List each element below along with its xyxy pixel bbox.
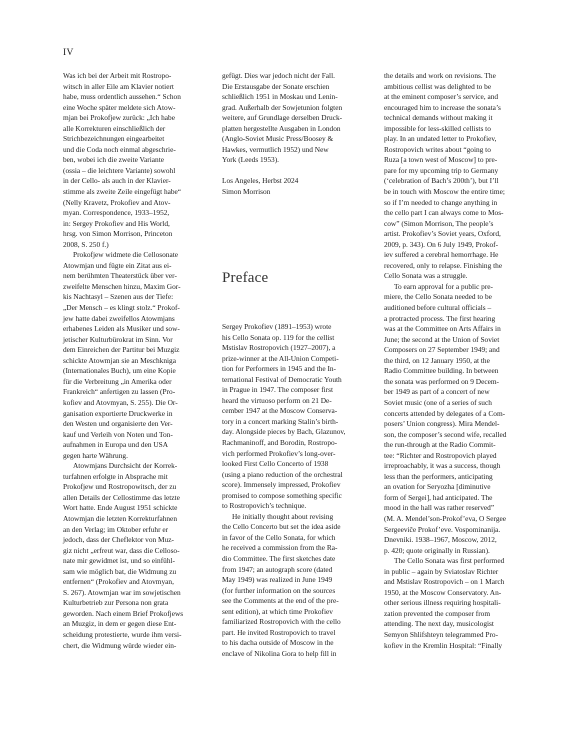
text-line: miere, the Cello Sonata needed to be bbox=[384, 292, 544, 303]
text-line: gegen harte Währung. bbox=[63, 451, 219, 462]
text-line: p. 420; quote originally in Russian). bbox=[384, 546, 544, 557]
text-line: and Mstislav Rostropovich – on 1 March bbox=[384, 577, 544, 588]
text-line: The Cello Sonata was first performed bbox=[384, 556, 544, 567]
text-line: zation prevented the composer from bbox=[384, 609, 544, 620]
text-line: iev suffered a cerebral hemorrhage. He bbox=[384, 250, 544, 261]
preface-heading: Preface bbox=[222, 270, 268, 287]
text-line: kis Nachtasyl – Szenen aus der Tiefe: bbox=[63, 292, 219, 303]
text-line: hrsg. von Simon Morrison, Princeton bbox=[63, 229, 219, 240]
text-line: Cello Sonata was a struggle. bbox=[384, 271, 544, 282]
text-line: jedoch, dass der Cheflektor von Muz- bbox=[63, 535, 219, 546]
text-line: stimme als zweite Zeile eingefügt habe“ bbox=[63, 187, 219, 198]
text-line: eine Woche später meldete sich Atow- bbox=[63, 103, 219, 114]
text-line: cow” (Simon Morrison, The people’s bbox=[384, 219, 544, 230]
text-line: the details and work on revisions. The bbox=[384, 71, 544, 82]
text-line: ganisation exportierte Druckwerke in bbox=[63, 409, 219, 420]
text-line: be in touch with Moscow the entire time; bbox=[384, 187, 544, 198]
text-line: kauf und Verleih von Noten und Ton- bbox=[63, 430, 219, 441]
text-line: posers’ Union congress). Mira Mendel- bbox=[384, 419, 544, 430]
text-line: the run-through at the Radio Commit- bbox=[384, 440, 544, 451]
text-line: heard the virtuoso perform on 21 De- bbox=[222, 396, 382, 407]
text-line: (Internationales Buch), um eine Kopie bbox=[63, 366, 219, 377]
text-line: kofiev in the Kremlin Hospital: “Finally bbox=[384, 641, 544, 652]
text-line: (for further information on the sources bbox=[222, 586, 382, 597]
text-line: turfahnen erfolgte in Absprache mit bbox=[63, 472, 219, 483]
text-line: looked First Cello Concerto of 1938 bbox=[222, 459, 382, 470]
text-line: to Rostropovich’s technique. bbox=[222, 501, 382, 512]
text-line: encouraged him to increase the sonata’s bbox=[384, 103, 544, 114]
text-line: To earn approval for a public pre- bbox=[384, 282, 544, 293]
text-line: dio Committee. The first sketches date bbox=[222, 554, 382, 565]
text-line: form of Sergei], had anticipated. The bbox=[384, 493, 544, 504]
text-line: in der Cello- als auch in der Klavier- bbox=[63, 176, 219, 187]
text-line: und die Coda noch einmal abgeschrie- bbox=[63, 145, 219, 156]
text-line: Sergeeviče Prokof’eve. Vospominanija. bbox=[384, 525, 544, 536]
text-line: Kulturbetrieb zur Persona non grata bbox=[63, 598, 219, 609]
text-line: less than the performers, anticipating bbox=[384, 472, 544, 483]
text-line: habe, muss ordentlich aussehen.“ Schon bbox=[63, 92, 219, 103]
text-line: the Cello Concerto but set the idea asid… bbox=[222, 522, 382, 533]
text-line: mood in the hall was rather reserved” bbox=[384, 503, 544, 514]
text-line: an Muzgiz, in dem er gegen diese Ent- bbox=[63, 619, 219, 630]
text-line: the sonata was performed on 9 Decem- bbox=[384, 377, 544, 388]
text-line: sam wie möglich bat, die Widmung zu bbox=[63, 567, 219, 578]
text-line: recovered, only to relapse. Finishing th… bbox=[384, 261, 544, 272]
text-line: jew hatte dabei zweifellos Atowmjans bbox=[63, 314, 219, 325]
text-line: He initially thought about revising bbox=[222, 512, 382, 523]
text-line: vich performed Prokofiev’s long-over- bbox=[222, 449, 382, 460]
text-line: play. In an undated letter to Prokofiev, bbox=[384, 134, 544, 145]
text-line: Wort hatte. Ende August 1951 schickte bbox=[63, 503, 219, 514]
text-line: York (Leeds 1953). bbox=[222, 155, 382, 166]
text-line: June; the second at the Union of Soviet bbox=[384, 335, 544, 346]
text-line: other serious illness requiring hospital… bbox=[384, 598, 544, 609]
text-line: score). Immensely impressed, Prokofiev bbox=[222, 480, 382, 491]
text-line: Frankreich“ anfertigen zu lassen (Pro- bbox=[63, 387, 219, 398]
text-line: Die Erstausgabe der Sonate erschien bbox=[222, 82, 382, 93]
text-line: nem berühmten Theaterstück über ver- bbox=[63, 271, 219, 282]
text-line: Ruza [a town west of Moscow] to pre- bbox=[384, 155, 544, 166]
text-line: mjan bei Prokofjew zurück: „Ich habe bbox=[63, 113, 219, 124]
text-line: an den Verlag; im Oktober erfuhr er bbox=[63, 525, 219, 536]
text-line: prize-winner at the All-Union Competi- bbox=[222, 354, 382, 365]
text-line: was at the Committee on Arts Affairs in bbox=[384, 324, 544, 335]
text-line: part. He invited Rostropovich to travel bbox=[222, 628, 382, 639]
text-line: tee: “Richter and Rostropovich played bbox=[384, 451, 544, 462]
text-line: in favor of the Cello Sonata, for which bbox=[222, 533, 382, 544]
text-line: schließlich 1951 in Moskau und Lenin- bbox=[222, 92, 382, 103]
text-line: ternational Festival of Democratic Youth bbox=[222, 375, 382, 386]
text-line: (Nelly Kravetz, Prokofiev and Atov- bbox=[63, 198, 219, 209]
german-text-continuation: gefügt. Dies war jedoch nicht der Fall.D… bbox=[222, 71, 382, 198]
text-line: myan. Correspondence, 1933–1952, bbox=[63, 208, 219, 219]
text-line: promised to compose something specific bbox=[222, 491, 382, 502]
text-line: ben, wobei ich die zweite Variante bbox=[63, 155, 219, 166]
text-line: impossible for less-skilled cellists to bbox=[384, 124, 544, 135]
text-line: giz nicht „erfreut war, dass die Celloso… bbox=[63, 546, 219, 557]
text-line: jetischer Kulturbürokrat im Sinn. Vor bbox=[63, 335, 219, 346]
signature-author: Simon Morrison bbox=[222, 187, 382, 198]
text-line: alle Korrekturen einschließlich der bbox=[63, 124, 219, 135]
text-line: tory in a concert marking Stalin’s birth… bbox=[222, 417, 382, 428]
text-line: aufnahmen in Europa und den USA bbox=[63, 440, 219, 451]
text-line: Prokofjew widmete die Cellosonate bbox=[63, 250, 219, 261]
text-line: Mstislav Rostropovich (1927–2007), a bbox=[222, 343, 382, 354]
text-line: 2008, S. 250 f.) bbox=[63, 240, 219, 251]
text-line: ambitious cellist was delighted to be bbox=[384, 82, 544, 93]
text-line: ber 1949 as part of a concert of new bbox=[384, 387, 544, 398]
text-line: (Anglo-Soviet Music Press/Boosey & bbox=[222, 134, 382, 145]
text-line: son, the composer’s second wife, recalle… bbox=[384, 430, 544, 441]
text-line: attending. The next day, musicologist bbox=[384, 619, 544, 630]
text-line: Rachmaninoff, and Borodin, Rostropo- bbox=[222, 438, 382, 449]
text-line: artist. Prokofiev’s Soviet years, Oxford… bbox=[384, 229, 544, 240]
text-line: tion for Performers in 1945 and the In- bbox=[222, 364, 382, 375]
english-preface-column-1: Sergey Prokofiev (1891–1953) wrotehis Ce… bbox=[222, 322, 382, 660]
text-line: Rostropovich writes about “going to bbox=[384, 145, 544, 156]
text-line: Atowmjans Durchsicht der Korrek- bbox=[63, 461, 219, 472]
text-line: 1950, at the Moscow Conservatory. An- bbox=[384, 588, 544, 599]
text-line: Prokofjew und Rostropowitsch, der zu bbox=[63, 482, 219, 493]
text-line: a protracted process. The first hearing bbox=[384, 314, 544, 325]
text-line: he received a commission from the Ra- bbox=[222, 543, 382, 554]
text-line: irreproachably, it was a success, though bbox=[384, 461, 544, 472]
text-line: cember 1947 at the Moscow Conserva- bbox=[222, 406, 382, 417]
text-line: May 1949) was realized in June 1949 bbox=[222, 575, 382, 586]
text-line: day. Alongside pieces by Bach, Glazunov, bbox=[222, 427, 382, 438]
text-line: concerts attended by delegates of a Com- bbox=[384, 409, 544, 420]
text-line: the cello part I can always come to Mos- bbox=[384, 208, 544, 219]
text-line: (using a piano reduction of the orchestr… bbox=[222, 470, 382, 481]
text-line: Dnevniki. 1938–1967, Moscow, 2012, bbox=[384, 535, 544, 546]
text-line: in Prague in 1947. The composer first bbox=[222, 385, 382, 396]
text-line: technical demands without making it bbox=[384, 113, 544, 124]
text-line: Composers on 27 September 1949; and bbox=[384, 345, 544, 356]
text-line: für die Verbreitung „in Amerika oder bbox=[63, 377, 219, 388]
text-line: erhabenes Leiden als Musiker und sow- bbox=[63, 324, 219, 335]
german-text-column: Was ich bei der Arbeit mit Rostropo-wits… bbox=[63, 71, 219, 651]
text-line: Strichbezeichnungen eingearbeitet bbox=[63, 134, 219, 145]
text-line: entfernen“ (Prokofiev and Atovmyan, bbox=[63, 577, 219, 588]
text-line: pare for my upcoming trip to Germany bbox=[384, 166, 544, 177]
text-line: kofiev and Atovmyan, S. 255). Die Or- bbox=[63, 398, 219, 409]
text-line: enclave of Nikolina Gora to help fill in bbox=[222, 649, 382, 660]
text-line: (M. A. Mendel’son-Prokof’eva, O Sergee bbox=[384, 514, 544, 525]
text-line: auditioned before cultural officials – bbox=[384, 303, 544, 314]
text-line: S. 267). Atowmjan war im sowjetischen bbox=[63, 588, 219, 599]
text-line: platten hergestellte Ausgaben in London bbox=[222, 124, 382, 135]
text-line: (ossia – die leichtere Variante) sowohl bbox=[63, 166, 219, 177]
text-line: den Westen und organisierte den Ver- bbox=[63, 419, 219, 430]
text-line: Soviet music (one of a series of such bbox=[384, 398, 544, 409]
text-line: to his dacha outside of Moscow in the bbox=[222, 638, 382, 649]
text-line: geworden. Nach einem Brief Prokofjews bbox=[63, 609, 219, 620]
text-line: his Cello Sonata op. 119 for the cellist bbox=[222, 333, 382, 344]
text-line: 2009, p. 343). On 6 July 1949, Prokof- bbox=[384, 240, 544, 251]
text-line: allen Details der Cellostimme das letzte bbox=[63, 493, 219, 504]
text-line: chert, die Widmung würde wieder ein- bbox=[63, 641, 219, 652]
text-line: Atowmjan und fügte ein Zitat aus ei- bbox=[63, 261, 219, 272]
text-line: witsch in aller Eile am Klavier notiert bbox=[63, 82, 219, 93]
text-line: familiarized Rostropovich with the cello bbox=[222, 617, 382, 628]
text-line: grad. Außerhalb der Sowjetunion folgten bbox=[222, 103, 382, 114]
text-line: dem Einreichen der Partitur bei Muzgiz bbox=[63, 345, 219, 356]
text-line: an ovation for Seryozha [diminutive bbox=[384, 482, 544, 493]
text-line: Hawkes, vermutlich 1952) und New bbox=[222, 145, 382, 156]
text-line: Sergey Prokofiev (1891–1953) wrote bbox=[222, 322, 382, 333]
text-line: at the eminent composer’s service, and bbox=[384, 92, 544, 103]
text-line: (‘celebration of Bach’s 200th’), but I’l… bbox=[384, 176, 544, 187]
text-line: the third, on 12 January 1950, at the bbox=[384, 356, 544, 367]
english-preface-column-2: the details and work on revisions. Theam… bbox=[384, 71, 544, 651]
text-line: from 1947; an autograph score (dated bbox=[222, 565, 382, 576]
text-line: Radio Committee building. In between bbox=[384, 366, 544, 377]
text-line: Semyon Shlifshteyn telegrammed Pro- bbox=[384, 630, 544, 641]
text-line: „Der Mensch – es klingt stolz.“ Prokof- bbox=[63, 303, 219, 314]
text-line: Was ich bei der Arbeit mit Rostropo- bbox=[63, 71, 219, 82]
text-line: nate mir gewidmet ist, und so einfühl- bbox=[63, 556, 219, 567]
text-line: scheidung protestierte, wurde ihm versi- bbox=[63, 630, 219, 641]
text-line: schickte Atowmjan sie an Meschkniga bbox=[63, 356, 219, 367]
text-line: Atowmjan die letzten Korrekturfahnen bbox=[63, 514, 219, 525]
text-line: so if I’m needed to change anything in bbox=[384, 198, 544, 209]
text-line: zweifelte Menschen hinzu, Maxim Gor- bbox=[63, 282, 219, 293]
text-line: sent edition), at which time Prokofiev bbox=[222, 607, 382, 618]
text-line: weitere, auf Grundlage derselben Druck- bbox=[222, 113, 382, 124]
text-line: in public – again by Sviatoslav Richter bbox=[384, 567, 544, 578]
text-line: gefügt. Dies war jedoch nicht der Fall. bbox=[222, 71, 382, 82]
text-line: see the Comments at the end of the pre- bbox=[222, 596, 382, 607]
text-line: in: Sergey Prokofiev and His World, bbox=[63, 219, 219, 230]
page-number: IV bbox=[63, 48, 74, 58]
signature-place-date: Los Angeles, Herbst 2024 bbox=[222, 176, 382, 187]
